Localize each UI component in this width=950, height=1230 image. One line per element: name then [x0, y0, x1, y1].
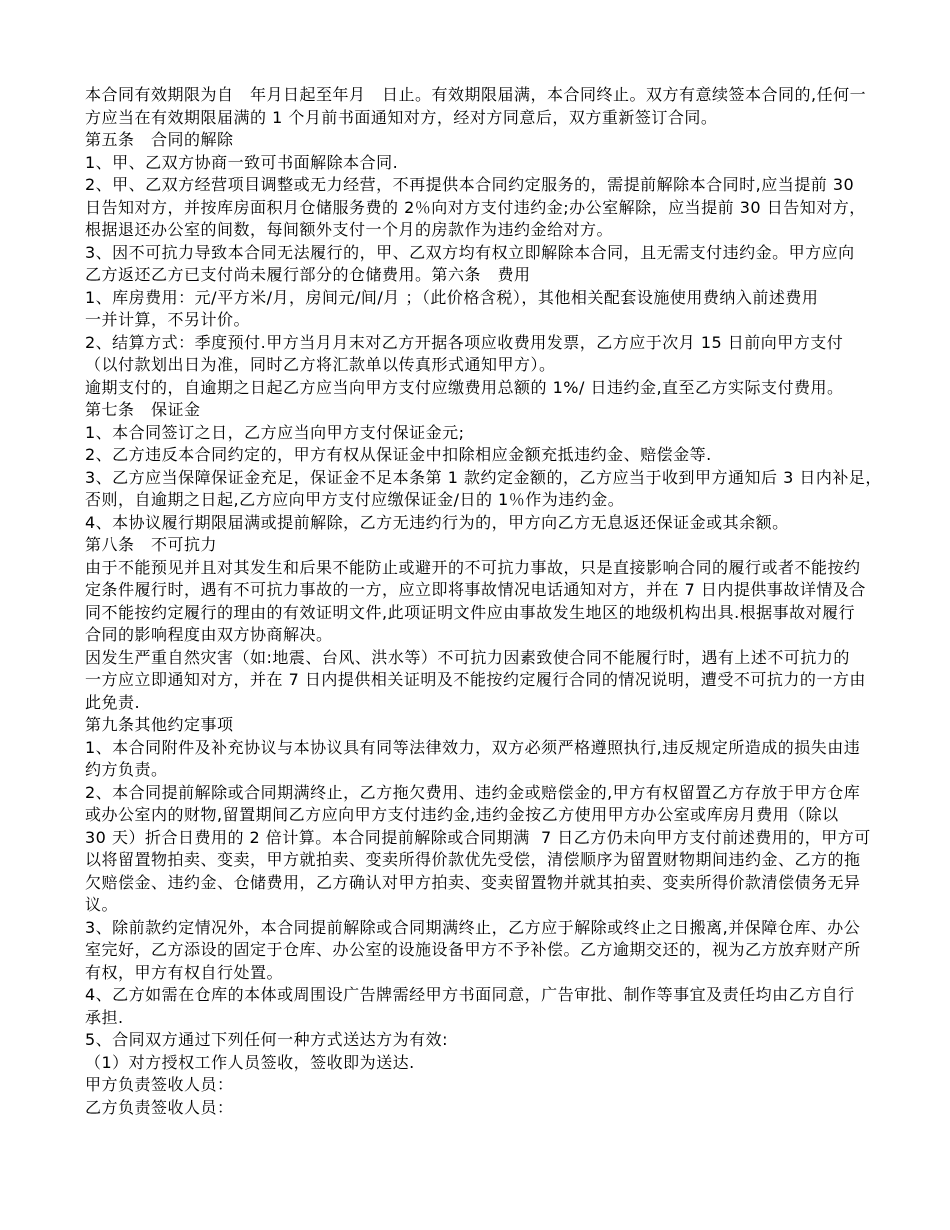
- text-line: 1、库房费用：元/平方米/月，房间元/间/月 ；（此价格含税），其他相关配套设施…: [85, 287, 895, 310]
- text-line: 第九条其他约定事项: [85, 714, 895, 737]
- text-line: 室完好，乙方添设的固定于仓库、办公室的设施设备甲方不予补偿。乙方逾期交还的，视为…: [85, 939, 895, 962]
- text-line: 1、本合同签订之日，乙方应当向甲方支付保证金元;: [85, 422, 895, 445]
- text-line: 逾期支付的，自逾期之日起乙方应当向甲方支付应缴费用总额的 1%/ 日违约金,直至…: [85, 377, 895, 400]
- text-line: 乙方返还乙方已支付尚未履行部分的仓储费用。第六条 费用: [85, 264, 895, 287]
- text-line: （以付款划出日为准，同时乙方将汇款单以传真形式通知甲方）。: [85, 354, 895, 377]
- text-line: 2、结算方式：季度预付.甲方当月月末对乙方开据各项应收费用发票，乙方应于次月 1…: [85, 332, 895, 355]
- text-line: 由于不能预见并且对其发生和后果不能防止或避开的不可抗力事故，只是直接影响合同的履…: [85, 557, 895, 580]
- text-line: 议。: [85, 894, 895, 917]
- text-line: 一并计算，不另计价。: [85, 309, 895, 332]
- text-line: 日告知对方，并按库房面积月仓储服务费的 2％向对方支付违约金;办公室解除，应当提…: [85, 197, 895, 220]
- text-line: 欠赔偿金、违约金、仓储费用，乙方确认对甲方拍卖、变卖留置物并就其拍卖、变卖所得价…: [85, 872, 895, 895]
- text-line: 同不能按约定履行的理由的有效证明文件,此项证明文件应由事故发生地区的地级机构出具…: [85, 602, 895, 625]
- text-line: 3、因不可抗力导致本合同无法履行的，甲、乙双方均有权立即解除本合同，且无需支付违…: [85, 242, 895, 265]
- text-line: （1）对方授权工作人员签收，签收即为送达.: [85, 1052, 895, 1075]
- text-line: 约方负责。: [85, 759, 895, 782]
- text-line: 根据退还办公室的间数，每间额外支付一个月的房款作为违约金给对方。: [85, 219, 895, 242]
- contract-body-text: 本合同有效期限为自 年月日起至年月 日止。有效期限届满，本合同终止。双方有意续签…: [85, 84, 895, 1119]
- text-line: 甲方负责签收人员：: [85, 1074, 895, 1097]
- text-line: 第八条 不可抗力: [85, 534, 895, 557]
- text-line: 第五条 合同的解除: [85, 129, 895, 152]
- text-line: 以将留置物拍卖、变卖，甲方就拍卖、变卖所得价款优先受偿，清偿顺序为留置财物期间违…: [85, 849, 895, 872]
- text-line: 方应当在有效期限届满的 1 个月前书面通知对方，经对方同意后，双方重新签订合同。: [85, 107, 895, 130]
- text-line: 一方应立即通知对方，并在 7 日内提供相关证明及不能按约定履行合同的情况说明，遭…: [85, 669, 895, 692]
- text-line: 4、本协议履行期限届满或提前解除，乙方无违约行为的，甲方向乙方无息返还保证金或其…: [85, 512, 895, 535]
- text-line: 1、甲、乙双方协商一致可书面解除本合同.: [85, 152, 895, 175]
- text-line: 5、合同双方通过下列任何一种方式送达方为有效:: [85, 1029, 895, 1052]
- text-line: 承担.: [85, 1007, 895, 1030]
- text-line: 2、乙方违反本合同约定的，甲方有权从保证金中扣除相应金额充抵违约金、赔偿金等.: [85, 444, 895, 467]
- text-line: 或办公室内的财物,留置期间乙方应向甲方支付违约金,违约金按乙方使用甲方办公室或库…: [85, 804, 895, 827]
- text-line: 4、乙方如需在仓库的本体或周围设广告牌需经甲方书面同意，广告审批、制作等事宜及责…: [85, 984, 895, 1007]
- text-line: 本合同有效期限为自 年月日起至年月 日止。有效期限届满，本合同终止。双方有意续签…: [85, 84, 895, 107]
- text-line: 3、乙方应当保障保证金充足，保证金不足本条第 1 款约定金额的，乙方应当于收到甲…: [85, 467, 895, 490]
- text-line: 2、甲、乙双方经营项目调整或无力经营，不再提供本合同约定服务的，需提前解除本合同…: [85, 174, 895, 197]
- text-line: 有权，甲方有权自行处置。: [85, 962, 895, 985]
- text-line: 1、本合同附件及补充协议与本协议具有同等法律效力，双方必须严格遵照执行,违反规定…: [85, 737, 895, 760]
- text-line: 此免责.: [85, 692, 895, 715]
- text-line: 否则，自逾期之日起,乙方应向甲方支付应缴保证金/日的 1％作为违约金。: [85, 489, 895, 512]
- contract-page: 本合同有效期限为自 年月日起至年月 日止。有效期限届满，本合同终止。双方有意续签…: [0, 0, 950, 1230]
- text-line: 乙方负责签收人员：: [85, 1097, 895, 1120]
- text-line: 30 天）折合日费用的 2 倍计算。本合同提前解除或合同期满 7 日乙方仍未向甲…: [85, 827, 895, 850]
- text-line: 合同的影响程度由双方协商解决。: [85, 624, 895, 647]
- text-line: 定条件履行时，遇有不可抗力事故的一方，应立即将事故情况电话通知对方，并在 7 日…: [85, 579, 895, 602]
- text-line: 2、本合同提前解除或合同期满终止，乙方拖欠费用、违约金或赔偿金的,甲方有权留置乙…: [85, 782, 895, 805]
- text-line: 第七条 保证金: [85, 399, 895, 422]
- text-line: 因发生严重自然灾害（如:地震、台风、洪水等）不可抗力因素致使合同不能履行时，遇有…: [85, 647, 895, 670]
- text-line: 3、除前款约定情况外，本合同提前解除或合同期满终止，乙方应于解除或终止之日搬离,…: [85, 917, 895, 940]
